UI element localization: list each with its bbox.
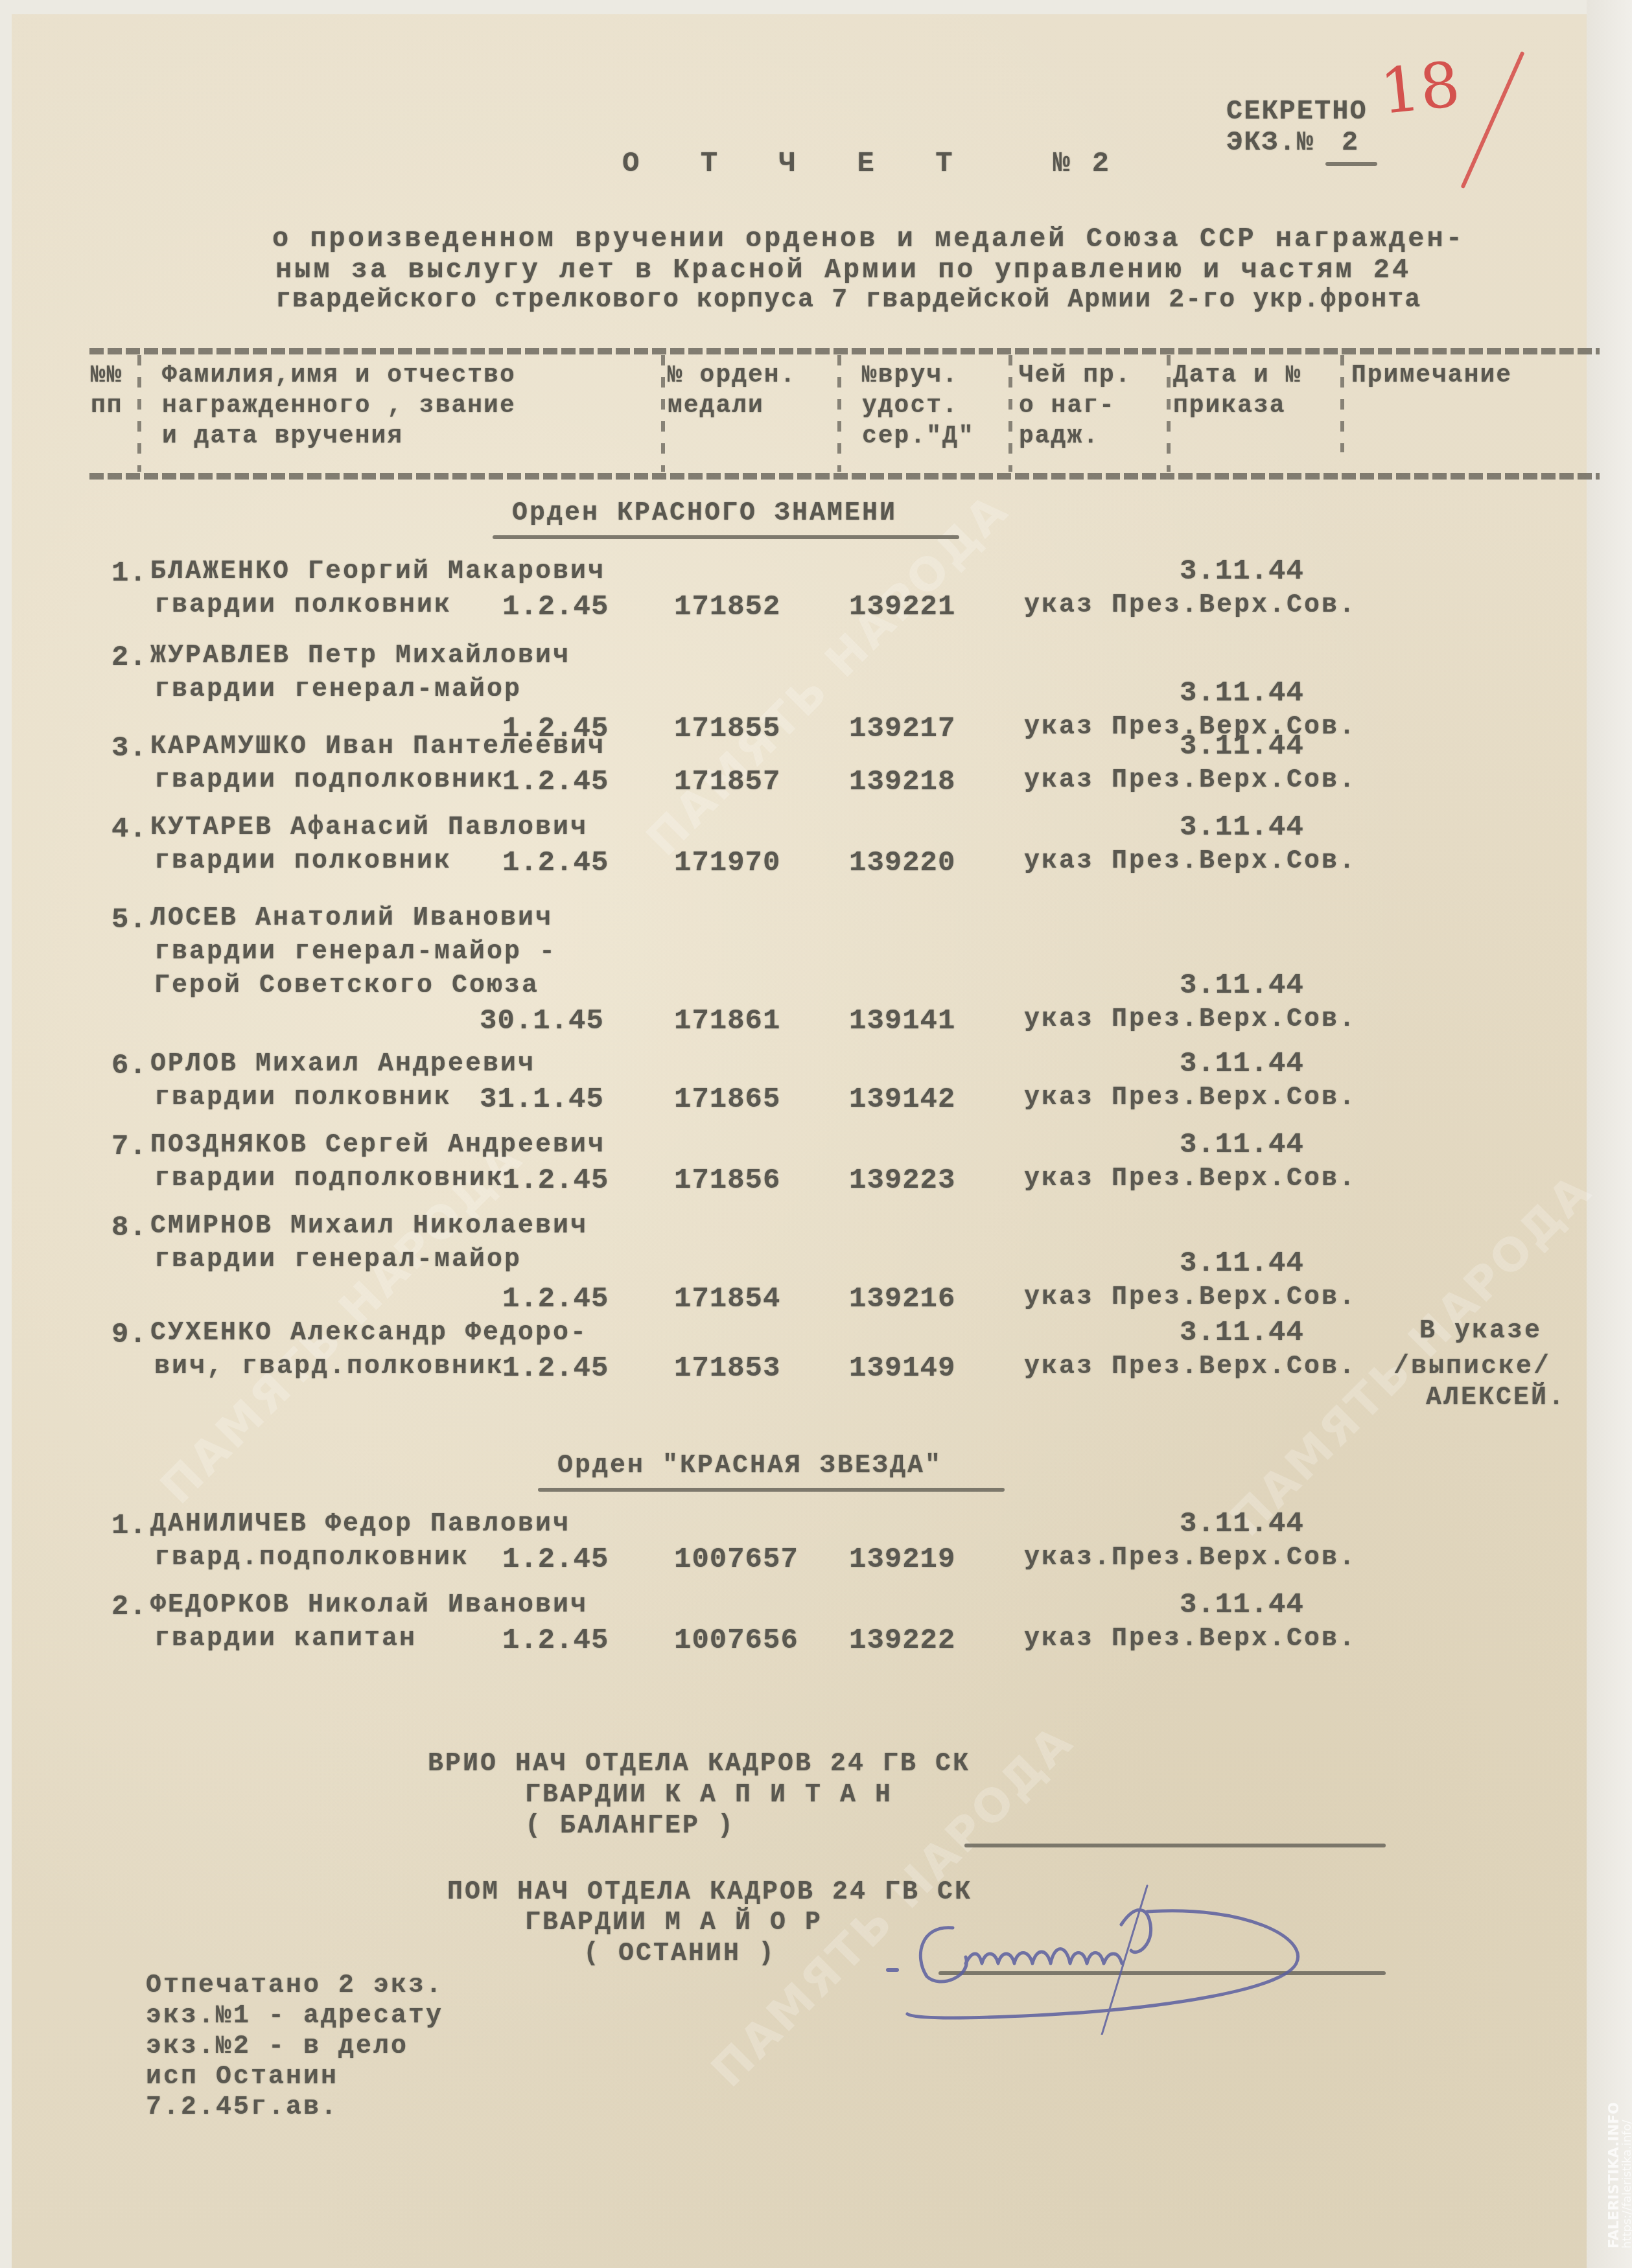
table-top-rule <box>89 348 1600 354</box>
recipient-title: Герой Советского Союза <box>154 971 539 1001</box>
column-header: и дата вручения <box>162 422 403 450</box>
recipient-rank: гвардии полковник <box>154 1083 452 1113</box>
decree-issuer: указ През.Верх.Сов. <box>1024 1083 1357 1113</box>
column-divider <box>837 355 841 472</box>
column-header: удост. <box>862 392 959 420</box>
column-divider <box>1008 355 1012 472</box>
row-number: 4. <box>111 813 147 846</box>
decree-issuer: указ През.Верх.Сов. <box>1024 766 1357 795</box>
row-number: 1. <box>111 1510 147 1542</box>
section-title: Орден "КРАСНАЯ ЗВЕЗДА" <box>557 1452 942 1481</box>
copy-label: ЭКЗ.№ <box>1226 127 1314 158</box>
certificate-number: 139223 <box>849 1164 955 1197</box>
column-divider <box>1340 355 1344 452</box>
row-number: 2. <box>111 1591 147 1623</box>
certificate-number: 139217 <box>849 713 955 745</box>
award-date: 1.2.45 <box>502 1283 609 1315</box>
decree-issuer: указ През.Верх.Сов. <box>1024 1352 1357 1382</box>
certificate-number: 139221 <box>849 591 955 623</box>
decree-date: 3.11.44 <box>1180 969 1304 1002</box>
recipient-rank: гвардии генерал-майор - <box>154 938 557 967</box>
recipient-name: КУТАРЕВ Афанасий Павлович <box>150 813 588 842</box>
column-header: о наг- <box>1019 392 1115 420</box>
order-number: 171970 <box>674 847 780 879</box>
recipient-rank: вич, гвард.полковник <box>154 1352 504 1382</box>
order-number: 1007657 <box>674 1544 799 1576</box>
recipient-name: ПОЗДНЯКОВ Сергей Андреевич <box>150 1131 605 1160</box>
recipient-name: СУХЕНКО Александр Федоро- <box>150 1319 588 1348</box>
recipient-name: ЖУРАВЛЕВ Петр Михайлович <box>150 642 570 671</box>
order-number: 171855 <box>674 713 780 745</box>
recipient-name: ЛОСЕВ Анатолий Иванович <box>150 904 553 933</box>
row-number: 3. <box>111 732 147 765</box>
row-number: 6. <box>111 1050 147 1082</box>
decree-issuer: указ През.Верх.Сов. <box>1024 591 1357 620</box>
order-number: 171856 <box>674 1164 780 1197</box>
award-date: 30.1.45 <box>480 1005 604 1037</box>
note: АЛЕКСЕЙ. <box>1426 1383 1566 1413</box>
signatory-position: ВРИО НАЧ ОТДЕЛА КАДРОВ 24 ГВ СК <box>428 1750 970 1779</box>
recipient-name: БЛАЖЕНКО Георгий Макарович <box>150 557 605 586</box>
row-number: 7. <box>111 1131 147 1163</box>
intro-line: о произведенном вручении орденов и медал… <box>272 224 1465 255</box>
recipient-rank: гвардии подполковник <box>154 1164 504 1194</box>
section-title-underline <box>538 1488 1005 1492</box>
classification-stamp: СЕКРЕТНО <box>1226 96 1368 127</box>
section-title-underline <box>493 535 959 539</box>
decree-date: 3.11.44 <box>1180 1247 1304 1280</box>
signatory-name: ( ОСТАНИН ) <box>583 1939 776 1969</box>
decree-date: 3.11.44 <box>1180 1048 1304 1080</box>
decree-issuer: указ През.Верх.Сов. <box>1024 1625 1357 1654</box>
order-number: 171865 <box>674 1083 780 1116</box>
order-number: 1007656 <box>674 1625 799 1657</box>
print-note-line: исп Останин <box>146 2063 338 2092</box>
column-divider <box>1167 355 1171 472</box>
column-header: сер."Д" <box>862 422 975 450</box>
certificate-number: 139141 <box>849 1005 955 1037</box>
recipient-rank: гвардии генерал-майор <box>154 675 522 704</box>
intro-line: ным за выслугу лет в Красной Армии по уп… <box>275 255 1411 286</box>
column-header: Примечание <box>1351 362 1512 389</box>
print-note-line: экз.№1 - адресату <box>146 2002 443 2031</box>
print-note-line: 7.2.45г.ав. <box>146 2093 338 2122</box>
scan-edge <box>1587 0 1632 2268</box>
order-number: 171861 <box>674 1005 780 1037</box>
column-header: награжденного , звание <box>162 392 516 420</box>
award-date: 31.1.45 <box>480 1083 604 1116</box>
archive-folio-number: 18 <box>1377 48 1463 128</box>
document-title: О Т Ч Е Т №2 <box>622 148 1131 180</box>
column-header: радж. <box>1019 422 1099 450</box>
award-date: 1.2.45 <box>502 1352 609 1385</box>
recipient-name: ДАНИЛИЧЕВ Федор Павлович <box>150 1510 570 1539</box>
recipient-name: КАРАМУШКО Иван Пантелеевич <box>150 732 605 761</box>
award-date: 1.2.45 <box>502 1544 609 1576</box>
copy-number-underline <box>1325 162 1377 166</box>
signature-line <box>964 1844 1386 1847</box>
section-title: Орден КРАСНОГО ЗНАМЕНИ <box>512 499 897 528</box>
decree-date: 3.11.44 <box>1180 811 1304 844</box>
handwritten-signature <box>843 1866 1400 2035</box>
intro-line: гвардейского стрелкового корпуса 7 гвард… <box>275 286 1421 315</box>
row-number: 2. <box>111 642 147 674</box>
column-header: № орден. <box>668 362 796 389</box>
column-divider <box>661 355 665 472</box>
row-number: 8. <box>111 1212 147 1244</box>
recipient-name: ФЕДОРКОВ Николай Иванович <box>150 1591 588 1620</box>
row-number: 1. <box>111 557 147 590</box>
print-note-line: экз.№2 - в дело <box>146 2032 408 2061</box>
certificate-number: 139219 <box>849 1544 955 1576</box>
column-header: Чей пр. <box>1019 362 1132 389</box>
certificate-number: 139218 <box>849 766 955 798</box>
decree-issuer: указ През.Верх.Сов. <box>1024 847 1357 876</box>
recipient-name: ОРЛОВ Михаил Андреевич <box>150 1050 535 1079</box>
column-header: №№ <box>91 362 123 389</box>
column-header: Дата и № <box>1173 362 1301 389</box>
column-divider <box>137 355 141 472</box>
row-number: 5. <box>111 904 147 936</box>
signatory-rank: ГВАРДИИ К А П И Т А Н <box>525 1781 892 1810</box>
note: /выписке/ <box>1393 1352 1551 1382</box>
site-url-watermark: https://faleristika.info/ <box>1620 2120 1632 2249</box>
award-date: 1.2.45 <box>502 847 609 879</box>
recipient-rank: гвардии подполковник <box>154 766 504 795</box>
order-number: 171852 <box>674 591 780 623</box>
print-note-line: Отпечатано 2 экз. <box>146 1971 443 2000</box>
certificate-number: 139222 <box>849 1625 955 1657</box>
decree-date: 3.11.44 <box>1180 1589 1304 1621</box>
table-header-bottom-rule <box>89 473 1600 480</box>
column-header: №вруч. <box>862 362 959 389</box>
decree-date: 3.11.44 <box>1180 1317 1304 1349</box>
decree-date: 3.11.44 <box>1180 730 1304 763</box>
column-header: Фамилия,имя и отчество <box>162 362 516 389</box>
decree-issuer: указ.През.Верх.Сов. <box>1024 1544 1357 1573</box>
award-date: 1.2.45 <box>502 1625 609 1657</box>
certificate-number: 139149 <box>849 1352 955 1385</box>
recipient-rank: гвардии генерал-майор <box>154 1245 522 1275</box>
column-header: приказа <box>1173 392 1286 420</box>
row-number: 9. <box>111 1319 147 1351</box>
column-header: медали <box>668 392 764 420</box>
copy-number: 2 <box>1342 127 1359 158</box>
recipient-name: СМИРНОВ Михаил Николаевич <box>150 1212 588 1241</box>
recipient-rank: гвардии полковник <box>154 847 452 876</box>
decree-date: 3.11.44 <box>1180 1129 1304 1161</box>
signatory-rank: ГВАРДИИ М А Й О Р <box>525 1908 822 1938</box>
decree-issuer: указ През.Верх.Сов. <box>1024 1283 1357 1312</box>
decree-issuer: указ През.Верх.Сов. <box>1024 1164 1357 1194</box>
decree-date: 3.11.44 <box>1180 555 1304 588</box>
note: В указе <box>1419 1317 1542 1346</box>
column-header: пп <box>91 392 123 420</box>
order-number: 171857 <box>674 766 780 798</box>
award-date: 1.2.45 <box>502 591 609 623</box>
decree-issuer: указ През.Верх.Сов. <box>1024 1005 1357 1034</box>
award-date: 1.2.45 <box>502 766 609 798</box>
signatory-name: ( БАЛАНГЕР ) <box>525 1812 735 1841</box>
certificate-number: 139216 <box>849 1283 955 1315</box>
decree-date: 3.11.44 <box>1180 677 1304 710</box>
order-number: 171854 <box>674 1283 780 1315</box>
recipient-rank: гвард.подполковник <box>154 1544 469 1573</box>
certificate-number: 139142 <box>849 1083 955 1116</box>
recipient-rank: гвардии капитан <box>154 1625 417 1654</box>
decree-date: 3.11.44 <box>1180 1508 1304 1540</box>
award-date: 1.2.45 <box>502 1164 609 1197</box>
order-number: 171853 <box>674 1352 780 1385</box>
recipient-rank: гвардии полковник <box>154 591 452 620</box>
certificate-number: 139220 <box>849 847 955 879</box>
